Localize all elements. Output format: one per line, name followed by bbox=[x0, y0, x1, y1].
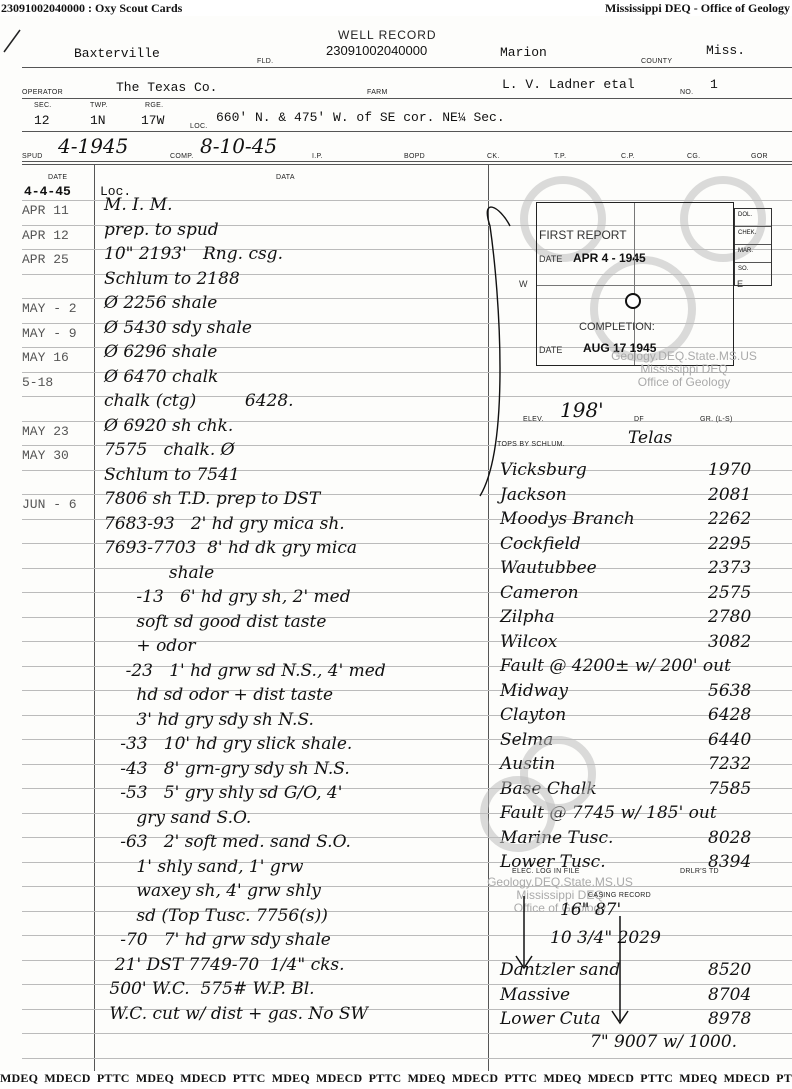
ck-label: CK. bbox=[487, 153, 500, 160]
first-report-label: FIRST REPORT bbox=[539, 228, 627, 242]
log-date: APR 12 bbox=[22, 228, 69, 243]
completion-label: COMPLETION: bbox=[579, 321, 655, 333]
comp-value: 8-10-45 bbox=[200, 134, 277, 158]
log-text: -23 1' hd grw sd N.S., 4' med bbox=[104, 661, 386, 681]
watermark-line: Office of Geology bbox=[584, 376, 784, 389]
field-label: FLD. bbox=[257, 58, 273, 65]
log-text: Ø 6470 chalk bbox=[104, 367, 218, 387]
formation-depth: 5638 bbox=[708, 681, 751, 701]
formation-name: Wautubbee bbox=[500, 558, 597, 578]
log-text: 7575 chalk. Ø bbox=[104, 440, 235, 460]
formation-name: Fault @ 4200± w/ 200' out bbox=[500, 656, 731, 676]
no-value: 1 bbox=[710, 77, 718, 92]
log-text: -70 7' hd grw sdy shale bbox=[104, 930, 331, 950]
log-text: 3' hd gry sdy sh N.S. bbox=[104, 710, 314, 730]
formation-depth: 6428 bbox=[708, 705, 751, 725]
state-value: Miss. bbox=[706, 43, 745, 58]
log-text: 7806 sh T.D. prep to DST bbox=[104, 489, 320, 509]
log-text: 10" 2193' Rng. csg. bbox=[104, 244, 283, 264]
log-date: 5-18 bbox=[22, 375, 53, 390]
rge-value: 17W bbox=[141, 113, 164, 128]
log-date: JUN - 6 bbox=[22, 497, 77, 512]
formation-name: Midway bbox=[500, 681, 568, 701]
row-line bbox=[22, 131, 792, 132]
casing-label: CASING RECORD bbox=[588, 892, 651, 899]
formation-depth: 7232 bbox=[708, 754, 751, 774]
log-date: MAY 30 bbox=[22, 448, 69, 463]
log-text: 7683-93 2' hd gry mica sh. bbox=[104, 514, 345, 534]
arrow-icon bbox=[600, 916, 640, 1026]
log-text: M. I. M. bbox=[104, 195, 173, 215]
log-text: gry sand S.O. bbox=[104, 808, 251, 828]
log-text: -53 5' gry shly sd G/O, 4' bbox=[104, 783, 342, 803]
formation-name: Lower Cuta bbox=[500, 1009, 601, 1029]
log-text: shale bbox=[104, 563, 214, 583]
report-stamp: FIRST REPORT DATE APR 4 - 1945 W E COMPL… bbox=[536, 202, 734, 366]
log-text: Ø 6920 sh chk. bbox=[104, 416, 233, 436]
formation-depth: 2262 bbox=[708, 509, 751, 529]
log-text: Schlum to 7541 bbox=[104, 465, 240, 485]
log-text: -33 10' hd gry slick shale. bbox=[104, 734, 352, 754]
formation-name: Zilpha bbox=[500, 607, 555, 627]
elev-value: 198' bbox=[560, 398, 604, 422]
county-value: Marion bbox=[500, 45, 547, 60]
data-column-header: DATA bbox=[276, 174, 295, 181]
form-title: WELL RECORD bbox=[338, 28, 437, 42]
check-box: DOL. CHEK. MAR. SO. bbox=[734, 208, 772, 286]
operator-value: The Texas Co. bbox=[116, 80, 217, 95]
ruled-line bbox=[22, 1058, 792, 1059]
loc-value: 660' N. & 475' W. of SE cor. NE¼ Sec. bbox=[216, 110, 505, 125]
log-text: W.C. cut w/ dist + gas. No SW bbox=[104, 1004, 368, 1024]
farm-value: L. V. Ladner etal bbox=[502, 77, 635, 92]
log-text: + odor bbox=[104, 636, 196, 656]
casing-row: 7" 9007 w/ 1000. bbox=[590, 1032, 737, 1052]
formation-depth: 8028 bbox=[708, 828, 751, 848]
curve-mark-icon bbox=[440, 196, 520, 516]
gr-label: GR. (L-S) bbox=[700, 416, 733, 423]
formation-name: Clayton bbox=[500, 705, 566, 725]
log-date: APR 11 bbox=[22, 203, 69, 218]
header-bar: 23091002040000 : Oxy Scout Cards Mississ… bbox=[0, 0, 792, 16]
well-location-icon bbox=[625, 293, 641, 309]
row-line bbox=[22, 67, 792, 68]
well-record-card: WELL RECORD 23091002040000 Baxterville F… bbox=[0, 16, 792, 1071]
cp-label: C.P. bbox=[621, 153, 635, 160]
log-text: Ø 6296 shale bbox=[104, 342, 217, 362]
log-date: MAY - 9 bbox=[22, 326, 77, 341]
twp-label: TWP. bbox=[90, 102, 108, 109]
log-text: waxey sh, 4' grw shly bbox=[104, 881, 321, 901]
county-label: COUNTY bbox=[641, 58, 672, 65]
ip-label: I.P. bbox=[312, 153, 323, 160]
formation-name: Massive bbox=[500, 985, 570, 1005]
elec-log-label: ELEC. LOG IN FILE bbox=[512, 868, 580, 875]
bopd-label: BOPD bbox=[404, 153, 425, 160]
log-date: MAY 16 bbox=[22, 350, 69, 365]
arrow-icon bbox=[510, 896, 540, 976]
log-text: soft sd good dist taste bbox=[104, 612, 326, 632]
log-text: Ø 5430 sdy shale bbox=[104, 318, 252, 338]
df-label: DF bbox=[634, 416, 644, 423]
log-date: MAY 23 bbox=[22, 424, 69, 439]
header-well-id: 23091002040000 : Oxy Scout Cards bbox=[1, 1, 182, 16]
formation-depth: 3082 bbox=[708, 632, 751, 652]
check-label: SO. bbox=[735, 263, 771, 281]
footer-bar: MDEQ MDECD PTTC MDEQ MDECD PTTC MDEQ MDE… bbox=[0, 1071, 792, 1089]
formation-depth: 8520 bbox=[708, 960, 751, 980]
gor-label: GOR bbox=[751, 153, 768, 160]
formation-depth: 7585 bbox=[708, 779, 751, 799]
log-text: chalk (ctg) 6428. bbox=[104, 391, 294, 411]
farm-label: FARM bbox=[367, 89, 388, 96]
pen-mark-icon bbox=[2, 28, 24, 54]
header-agency: Mississippi DEQ - Office of Geology bbox=[605, 1, 790, 16]
first-date: 4-4-45 bbox=[24, 184, 71, 199]
tp-label: T.P. bbox=[554, 153, 566, 160]
formation-depth: 6440 bbox=[708, 730, 751, 750]
formation-depth: 2081 bbox=[708, 485, 751, 505]
formation-depth: 8704 bbox=[708, 985, 751, 1005]
log-text: Schlum to 2188 bbox=[104, 269, 240, 289]
twp-value: 1N bbox=[90, 113, 106, 128]
watermark-text: Geology.DEQ.State.MS.US Mississippi DEQ … bbox=[584, 350, 784, 389]
row-line bbox=[22, 161, 792, 162]
sec-value: 12 bbox=[34, 113, 50, 128]
formation-name: Cockfield bbox=[500, 534, 581, 554]
operator-label: OPERATOR bbox=[22, 89, 63, 96]
api-number: 23091002040000 bbox=[326, 43, 427, 58]
formation-name: Wilcox bbox=[500, 632, 557, 652]
tops-note: Telas bbox=[628, 428, 672, 448]
compass-cross-icon bbox=[537, 285, 733, 286]
check-label: DOL. bbox=[735, 209, 771, 227]
log-text: prep. to spud bbox=[104, 220, 219, 240]
log-text: 1' shly sand, 1' grw bbox=[104, 857, 303, 877]
check-label: CHEK. bbox=[735, 227, 771, 245]
compass-w: W bbox=[519, 279, 528, 289]
log-text: 500' W.C. 575# W.P. Bl. bbox=[104, 979, 315, 999]
formation-depth: 2780 bbox=[708, 607, 751, 627]
spud-label: SPUD bbox=[22, 153, 43, 160]
first-report-date-label: DATE bbox=[539, 254, 562, 264]
drlr-td-label: DRLR'S TD bbox=[680, 868, 719, 875]
log-text: 7693-7703 8' hd dk gry mica bbox=[104, 538, 357, 558]
log-text: -43 8' grn-gry sdy sh N.S. bbox=[104, 759, 350, 779]
row-line bbox=[22, 164, 792, 165]
field-value: Baxterville bbox=[74, 46, 160, 61]
date-column-header: DATE bbox=[48, 174, 67, 181]
elev-label: ELEV. bbox=[523, 416, 544, 423]
log-text: 21' DST 7749-70 1/4" cks. bbox=[104, 955, 345, 975]
log-text: hd sd odor + dist taste bbox=[104, 685, 333, 705]
log-date: MAY - 2 bbox=[22, 301, 77, 316]
log-text: -13 6' hd gry sh, 2' med bbox=[104, 587, 351, 607]
log-text: sd (Top Tusc. 7756(s)) bbox=[104, 906, 328, 926]
formation-name: Moodys Branch bbox=[500, 509, 635, 529]
formation-depth: 1970 bbox=[708, 460, 751, 480]
check-label: MAR. bbox=[735, 245, 771, 263]
row-line bbox=[22, 98, 792, 99]
cg-label: CG. bbox=[687, 153, 700, 160]
formation-name: Cameron bbox=[500, 583, 579, 603]
spud-value: 4-1945 bbox=[58, 134, 128, 158]
comp-label: COMP. bbox=[170, 153, 194, 160]
no-label: NO. bbox=[680, 89, 693, 96]
formation-depth: 2373 bbox=[708, 558, 751, 578]
loc-label: LOC. bbox=[190, 123, 208, 130]
rge-label: RGE. bbox=[145, 102, 163, 109]
completion-date-label: DATE bbox=[539, 345, 562, 355]
formation-depth: 8978 bbox=[708, 1009, 751, 1029]
sec-label: SEC. bbox=[34, 102, 52, 109]
formation-depth: 2295 bbox=[708, 534, 751, 554]
log-text: -63 2' soft med. sand S.O. bbox=[104, 832, 351, 852]
watermark-logo bbox=[520, 736, 596, 812]
log-date: APR 25 bbox=[22, 252, 69, 267]
log-text: Ø 2256 shale bbox=[104, 293, 217, 313]
formation-depth: 2575 bbox=[708, 583, 751, 603]
